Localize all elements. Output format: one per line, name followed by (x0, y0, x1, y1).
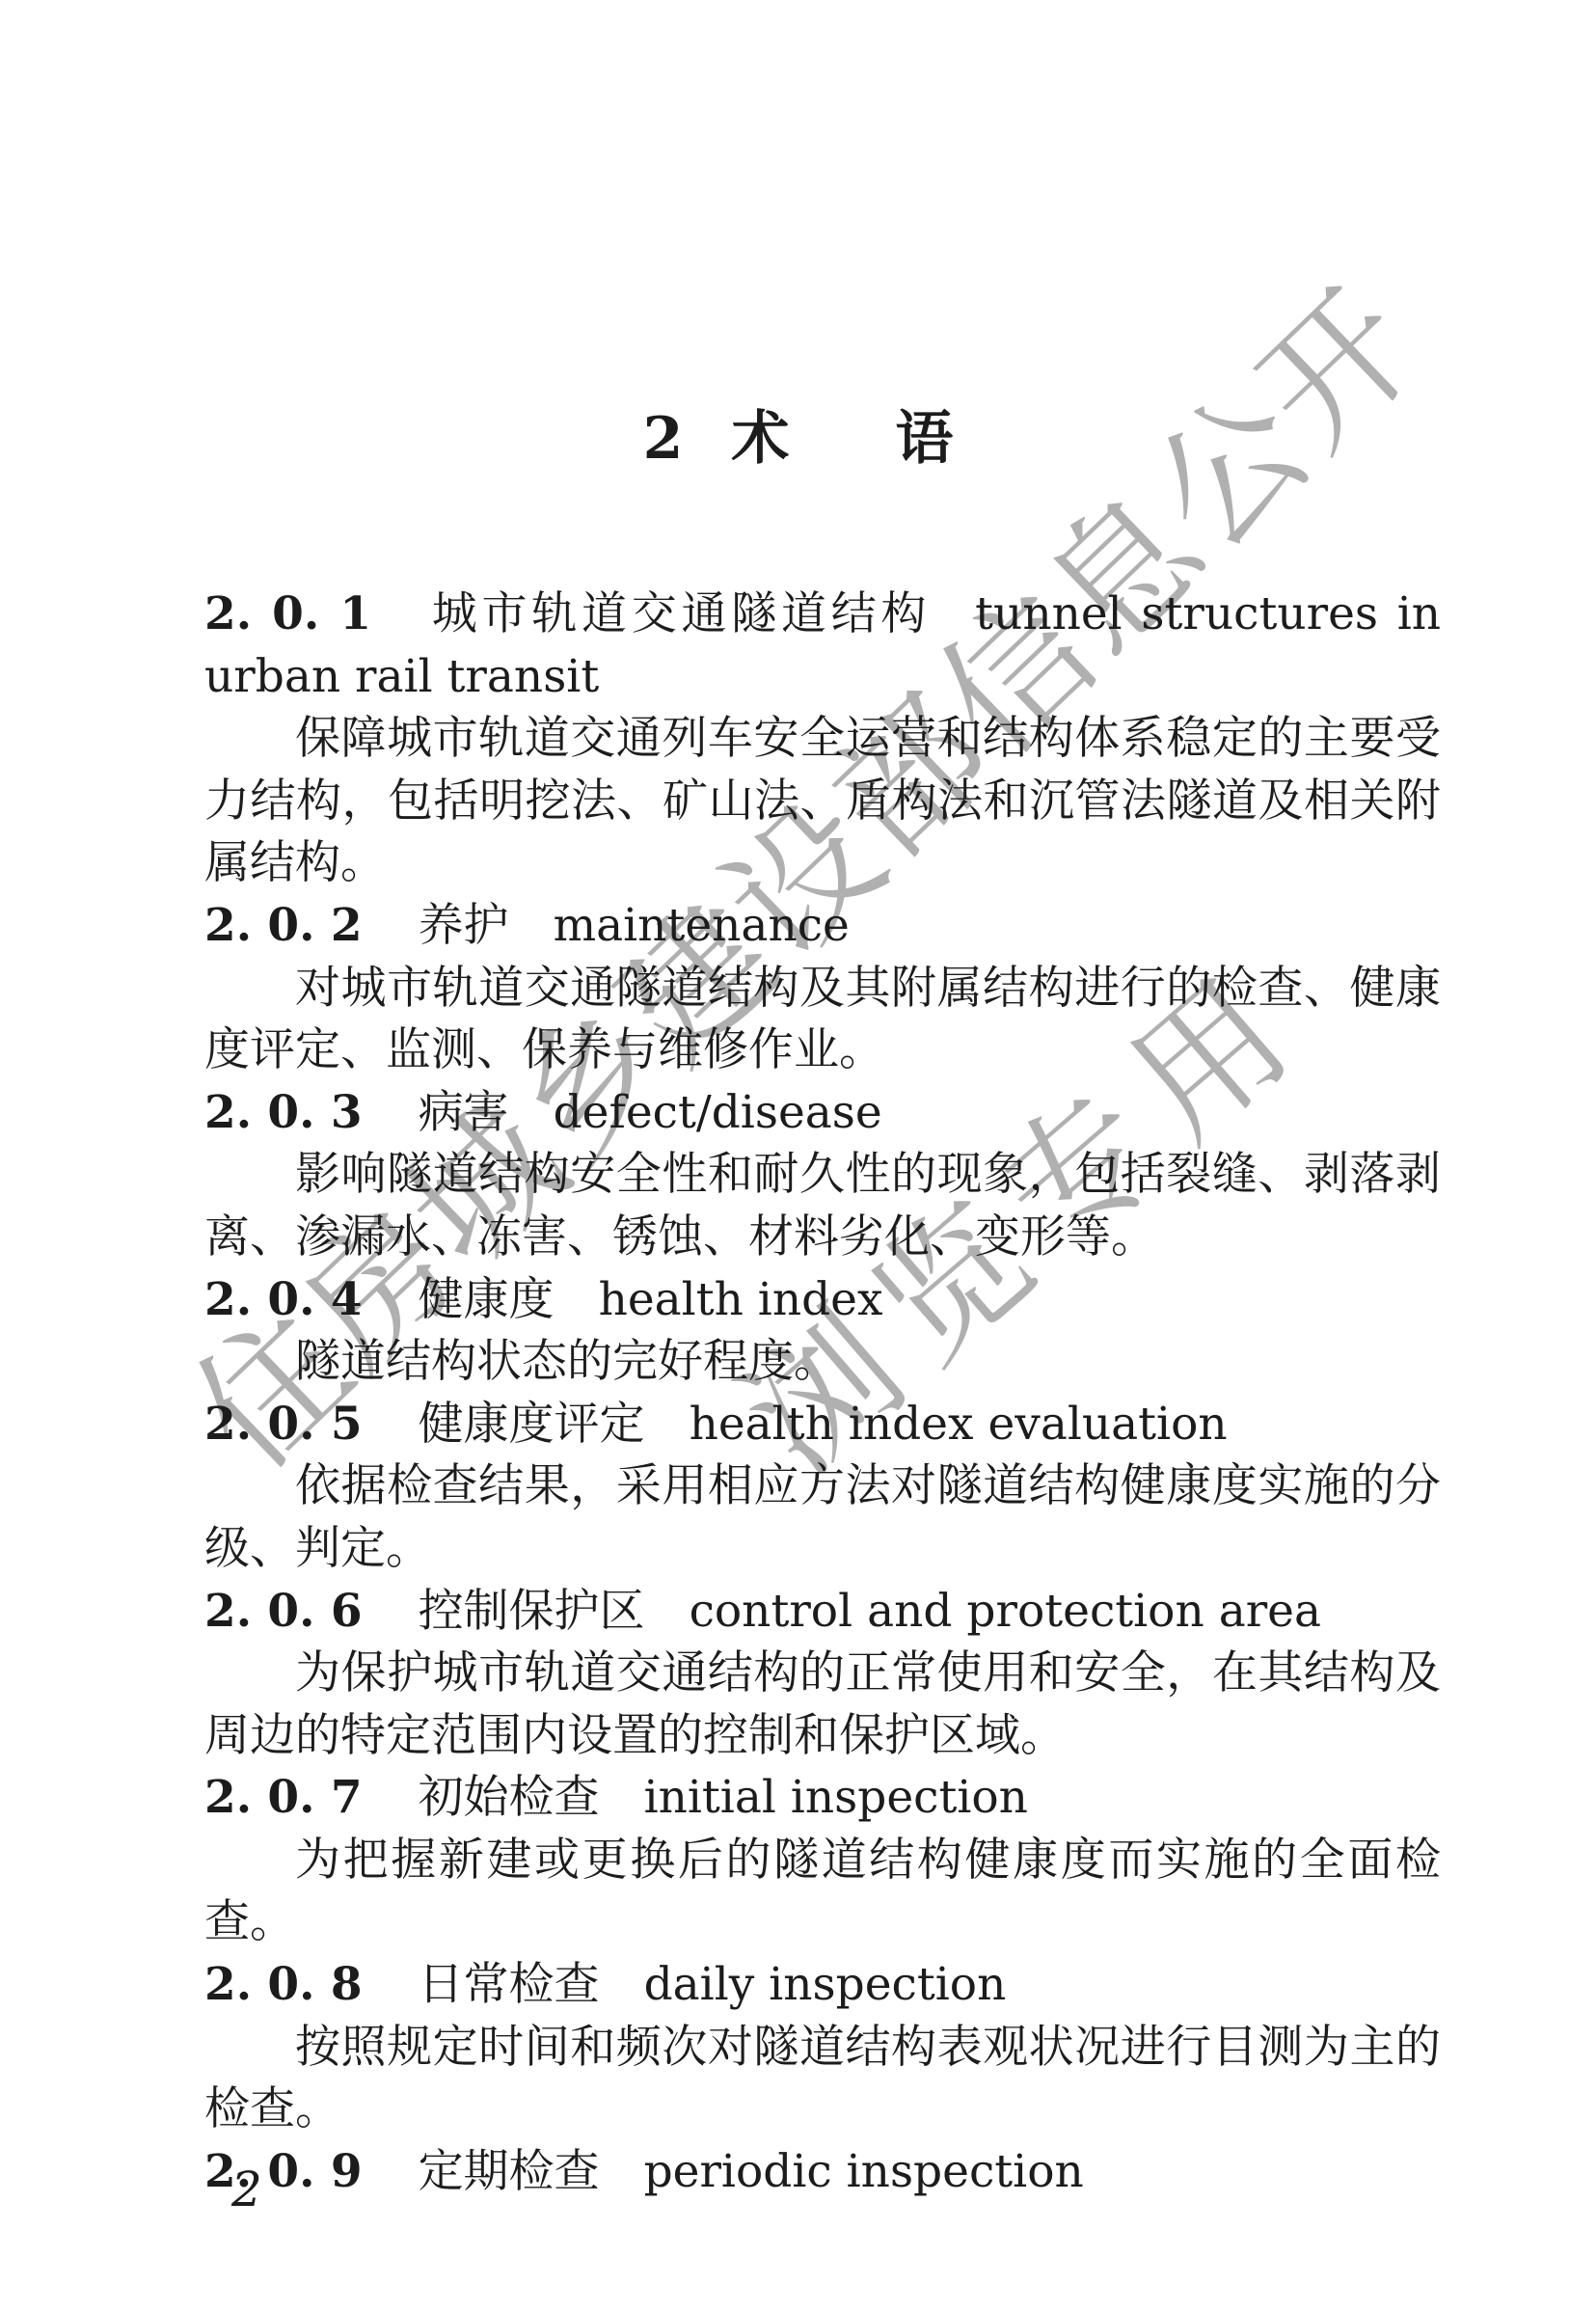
term-zh: 定期检查 (419, 2145, 600, 2198)
term-entry-2-0-3: 2. 0. 3病害defect/disease 影响隧道结构安全性和耐久性的现象… (204, 1082, 1441, 1269)
term-definition: 依据检查结果，采用相应方法对隧道结构健康度实施的分级、判定。 (204, 1455, 1441, 1580)
term-definition: 按照规定时间和频次对隧道结构表观状况进行目测为主的检查。 (204, 2017, 1441, 2141)
term-heading: 2. 0. 4健康度health index (204, 1269, 1441, 1332)
term-zh: 健康度 (419, 1273, 555, 1326)
term-en: health index evaluation (690, 1398, 1228, 1451)
term-heading: 2. 0. 8日常检查daily inspection (204, 1954, 1441, 2017)
term-entry-2-0-6: 2. 0. 6控制保护区control and protection area … (204, 1581, 1441, 1768)
term-entry-2-0-5: 2. 0. 5健康度评定health index evaluation 依据检查… (204, 1394, 1441, 1581)
term-definition: 为保护城市轨道交通结构的正常使用和安全，在其结构及周边的特定范围内设置的控制和保… (204, 1643, 1441, 1767)
term-number: 2. 0. 9 (204, 2145, 363, 2198)
term-en: health index (599, 1273, 883, 1326)
chapter-title-char-1: 术 (731, 405, 789, 473)
term-en: defect/disease (554, 1086, 882, 1139)
term-zh: 初始检查 (419, 1771, 600, 1824)
term-number: 2. 0. 4 (204, 1273, 363, 1326)
page-number: 2 (231, 2159, 262, 2220)
term-entry-2-0-1: 2. 0. 1城市轨道交通隧道结构tunnel structures in ur… (204, 584, 1441, 895)
term-heading: 2. 0. 3病害defect/disease (204, 1082, 1441, 1145)
term-en: maintenance (554, 899, 850, 952)
term-en: periodic inspection (644, 2145, 1084, 2198)
term-definition: 为把握新建或更换后的隧道结构健康度而实施的全面检查。 (204, 1830, 1441, 1954)
term-zh: 日常检查 (419, 1958, 600, 2011)
terms-list: 2. 0. 1城市轨道交通隧道结构tunnel structures in ur… (204, 584, 1441, 2203)
term-number: 2. 0. 5 (204, 1398, 363, 1451)
term-definition: 隧道结构状态的完好程度。 (204, 1331, 1441, 1394)
chapter-title-char-2: 语 (895, 405, 953, 473)
term-entry-2-0-9: 2. 0. 9定期检查periodic inspection (204, 2141, 1441, 2204)
chapter-number: 2 (643, 405, 684, 473)
term-zh: 健康度评定 (419, 1398, 645, 1451)
term-en: control and protection area (690, 1585, 1321, 1638)
term-zh: 城市轨道交通隧道结构 (427, 587, 931, 640)
document-page: 住房城乡建设部信息公开 浏览专用 2术语 2. 0. 1城市轨道交通隧道结构tu… (0, 0, 1596, 2311)
term-heading: 2. 0. 7初始检查initial inspection (204, 1767, 1441, 1830)
term-heading: 2. 0. 5健康度评定health index evaluation (204, 1394, 1441, 1456)
term-number: 2. 0. 3 (204, 1086, 363, 1139)
term-entry-2-0-7: 2. 0. 7初始检查initial inspection 为把握新建或更换后的… (204, 1767, 1441, 1954)
term-number: 2. 0. 8 (204, 1958, 363, 2011)
term-zh: 病害 (419, 1086, 509, 1139)
term-heading: 2. 0. 9定期检查periodic inspection (204, 2141, 1441, 2204)
term-number: 2. 0. 7 (204, 1771, 363, 1824)
term-entry-2-0-2: 2. 0. 2养护maintenance 对城市轨道交通隧道结构及其附属结构进行… (204, 895, 1441, 1082)
term-entry-2-0-4: 2. 0. 4健康度health index 隧道结构状态的完好程度。 (204, 1269, 1441, 1394)
page-content: 2术语 2. 0. 1城市轨道交通隧道结构tunnel structures i… (0, 0, 1596, 2311)
term-zh: 养护 (419, 899, 509, 952)
term-number: 2. 0. 2 (204, 899, 363, 952)
term-heading: 2. 0. 1城市轨道交通隧道结构tunnel structures in ur… (204, 584, 1441, 708)
term-definition: 对城市轨道交通隧道结构及其附属结构进行的检查、健康度评定、监测、保养与维修作业。 (204, 958, 1441, 1082)
term-definition: 影响隧道结构安全性和耐久性的现象，包括裂缝、剥落剥离、渗漏水、冻害、锈蚀、材料劣… (204, 1144, 1441, 1268)
term-en: daily inspection (644, 1958, 1007, 2011)
term-heading: 2. 0. 6控制保护区control and protection area (204, 1581, 1441, 1644)
chapter-title: 2术语 (0, 406, 1596, 472)
term-number: 2. 0. 6 (204, 1585, 363, 1638)
term-definition: 保障城市轨道交通列车安全运营和结构体系稳定的主要受力结构，包括明挖法、矿山法、盾… (204, 708, 1441, 895)
term-zh: 控制保护区 (419, 1585, 645, 1638)
term-number: 2. 0. 1 (204, 587, 371, 640)
term-entry-2-0-8: 2. 0. 8日常检查daily inspection 按照规定时间和频次对隧道… (204, 1954, 1441, 2141)
term-en: initial inspection (644, 1771, 1028, 1824)
term-heading: 2. 0. 2养护maintenance (204, 895, 1441, 958)
